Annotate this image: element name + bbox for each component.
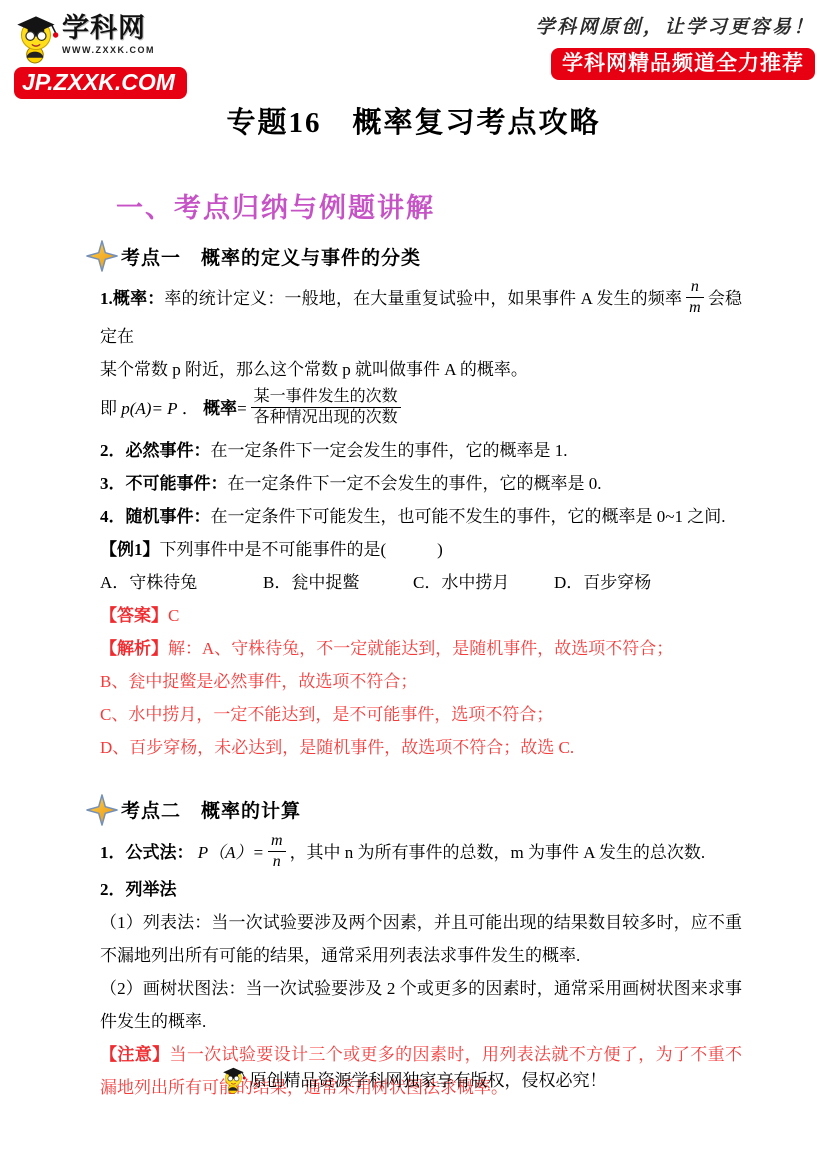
fraction-m-over-n: mn: [268, 832, 286, 872]
analysis-line-2: B、瓮中捉鳖是必然事件，故选项不符合；: [100, 665, 742, 698]
topic-2-heading: 考点二 概率的计算: [86, 794, 742, 826]
brand-url: WWW.ZXXK.COM: [62, 45, 155, 55]
star-icon: [86, 240, 118, 272]
topic-1-heading: 考点一 概率的定义与事件的分类: [86, 240, 742, 272]
topic-2-title: 考点二 概率的计算: [121, 796, 301, 823]
mascot-icon: [221, 1062, 247, 1094]
certain-event-item: 2．必然事件：在一定条件下一定会发生的事件，它的概率是 1.: [100, 434, 742, 467]
impossible-event-item: 3．不可能事件：在一定条件下一定不会发生的事件，它的概率是 0.: [100, 467, 742, 500]
example-1-options: A．守株待兔 B．瓮中捉鳖 C．水中捞月 D．百步穿杨: [100, 566, 742, 599]
slogan-text: 学科网原创，让学习更容易！: [535, 12, 815, 39]
promo-banner: 学科网精品频道全力推荐: [551, 48, 815, 80]
copyright-footer: 原创精品资源学科网独家享有版权，侵权必究！: [0, 1062, 827, 1094]
document-content: 一、考点归纳与例题讲解 考点一 概率的定义与事件的分类 1.概率：率的统计定义：…: [100, 182, 742, 1104]
zxxk-logo: 学科网 WWW.ZXXK.COM JP.ZXXK.COM: [14, 6, 187, 99]
p-of-a-equation: p(A)= P: [121, 399, 177, 418]
probability-definition-line1: 1.概率：率的统计定义：一般地，在大量重复试验中，如果事件 A 发生的频率nm会…: [100, 280, 742, 353]
formula-method-item: 1．公式法： P（A）=mn，其中 n 为所有事件的总数，m 为事件 A 发生的…: [100, 834, 742, 874]
option-b: B．瓮中捉鳖: [263, 566, 413, 599]
answer-line: 【答案】C: [100, 599, 742, 632]
tree-diagram-paragraph: （2）画树状图法：当一次试验要涉及 2 个或更多的因素时，通常采用画树状图来求事…: [100, 972, 742, 1038]
brand-name: 学科网: [62, 15, 155, 42]
page-header: 学科网 WWW.ZXXK.COM JP.ZXXK.COM 学科网原创，让学习更容…: [0, 0, 827, 96]
option-c: C．水中捞月: [413, 566, 554, 599]
analysis-line-1: 【解析】解：A、守株待兔，不一定就能达到，是随机事件，故选项不符合；: [100, 632, 742, 665]
probability-definition-line2: 某个常数 p 附近，那么这个常数 p 就叫做事件 A 的概率。: [100, 353, 742, 386]
star-icon: [86, 794, 118, 826]
section-heading: 一、考点归纳与例题讲解: [116, 186, 742, 225]
document-page: 学科网 WWW.ZXXK.COM JP.ZXXK.COM 学科网原创，让学习更容…: [0, 0, 827, 1169]
fraction-n-over-m: nm: [686, 278, 704, 318]
option-d: D．百步穿杨: [554, 566, 651, 599]
copyright-text: 原创精品资源学科网独家享有版权，侵权必究！: [250, 1066, 607, 1091]
header-right: 学科网原创，让学习更容易！ 学科网精品频道全力推荐: [535, 12, 815, 80]
jp-zxxk-banner: JP.ZXXK.COM: [14, 67, 187, 99]
probability-formula: 即 p(A)= P ． 概率=某一事件发生的次数各种情况出现的次数: [100, 390, 742, 430]
page-title: 专题16 概率复习考点攻略: [0, 100, 827, 141]
analysis-line-3: C、水中捞月，一定不能达到，是不可能事件，选项不符合；: [100, 698, 742, 731]
option-a: A．守株待兔: [100, 566, 263, 599]
enumeration-method-item: 2．列举法: [100, 873, 742, 906]
analysis-line-4: D、百步穿杨，未必达到，是随机事件，故选项不符合；故选 C.: [100, 731, 742, 764]
list-method-paragraph: （1）列表法：当一次试验要涉及两个因素，并且可能出现的结果数目较多时，应不重不漏…: [100, 906, 742, 972]
topic-1-title: 考点一 概率的定义与事件的分类: [121, 243, 421, 270]
random-event-item: 4．随机事件：在一定条件下可能发生，也可能不发生的事件，它的概率是 0~1 之间…: [100, 500, 742, 533]
example-1-question: 【例1】下列事件中是不可能事件的是( ): [100, 533, 742, 566]
mascot-icon: [14, 6, 60, 64]
fraction-event-counts: 某一事件发生的次数各种情况出现的次数: [251, 388, 401, 428]
